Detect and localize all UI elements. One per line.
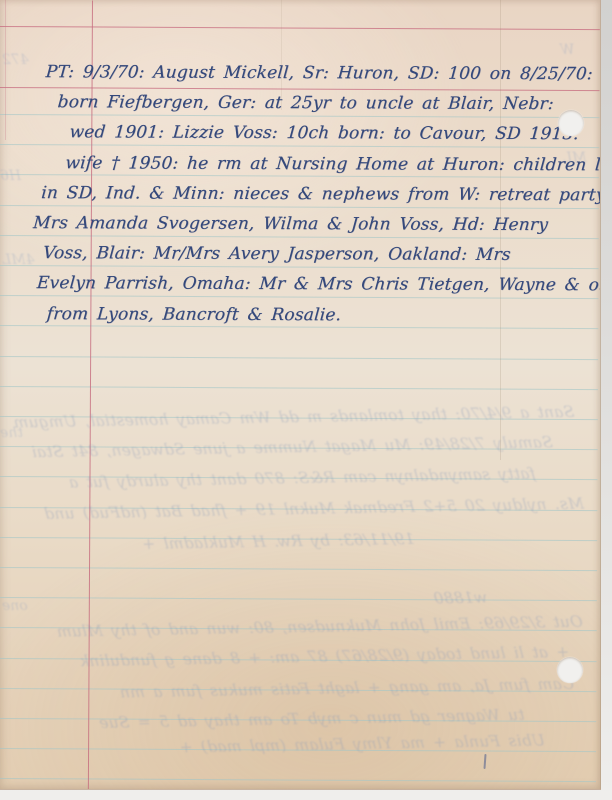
paper-sheet: Sant a 9/4/70: thay tomlands m dd Wm Cam… xyxy=(0,0,601,790)
bleedthrough-mark: H6 xyxy=(0,168,21,184)
ruled-line xyxy=(0,144,599,148)
red-margin-line xyxy=(88,0,93,789)
handwriting-line: Evelyn Parrish, Omaha: Mr & Mrs Chris Ti… xyxy=(36,274,601,296)
handwriting-line: in SD, Ind. & Minn: nieces & nephews fro… xyxy=(41,183,601,205)
bleedthrough-mark: W xyxy=(560,42,574,58)
left-edge-pink-line xyxy=(5,0,6,140)
bleedthrough-mark: the xyxy=(0,425,23,441)
scanned-notebook-page: Sant a 9/4/70: thay tomlands m dd Wm Cam… xyxy=(0,0,612,800)
ruled-line xyxy=(0,778,596,782)
handwriting-line: Mrs Amanda Svogersen, Wilma & John Voss,… xyxy=(32,213,548,235)
rule-lines-layer xyxy=(0,0,600,790)
handwriting-line: wed 1901: Lizzie Voss: 10ch born: to Cav… xyxy=(69,123,580,145)
header-red-rule xyxy=(0,87,600,91)
punch-hole-bottom xyxy=(557,657,583,683)
bleedthrough-mark: 472 xyxy=(2,52,29,68)
handwriting-line: from Lyons, Bancroft & Rosalie. xyxy=(46,304,342,325)
handwriting-line: PT: 9/3/70: August Mickell, Sr: Huron, S… xyxy=(45,62,594,84)
ruled-line xyxy=(0,205,599,209)
handwriting-line: wife † 1950: he rm at Nursing Home at Hu… xyxy=(65,153,601,175)
punch-hole-top xyxy=(558,110,584,136)
bleedthrough-line: w1880 xyxy=(433,588,488,607)
handwriting-line: Voss, Blair: Mr/Mrs Avery Jasperson, Oak… xyxy=(42,243,511,265)
ruled-line xyxy=(0,174,599,178)
ruled-line xyxy=(0,114,599,118)
handwriting-line: born Fiefbergen, Ger: at 25yr to uncle a… xyxy=(57,92,555,114)
top-red-rule xyxy=(0,26,600,30)
bleedthrough-mark: one xyxy=(2,598,28,614)
bleedthrough-mark: 4ML xyxy=(2,252,35,268)
